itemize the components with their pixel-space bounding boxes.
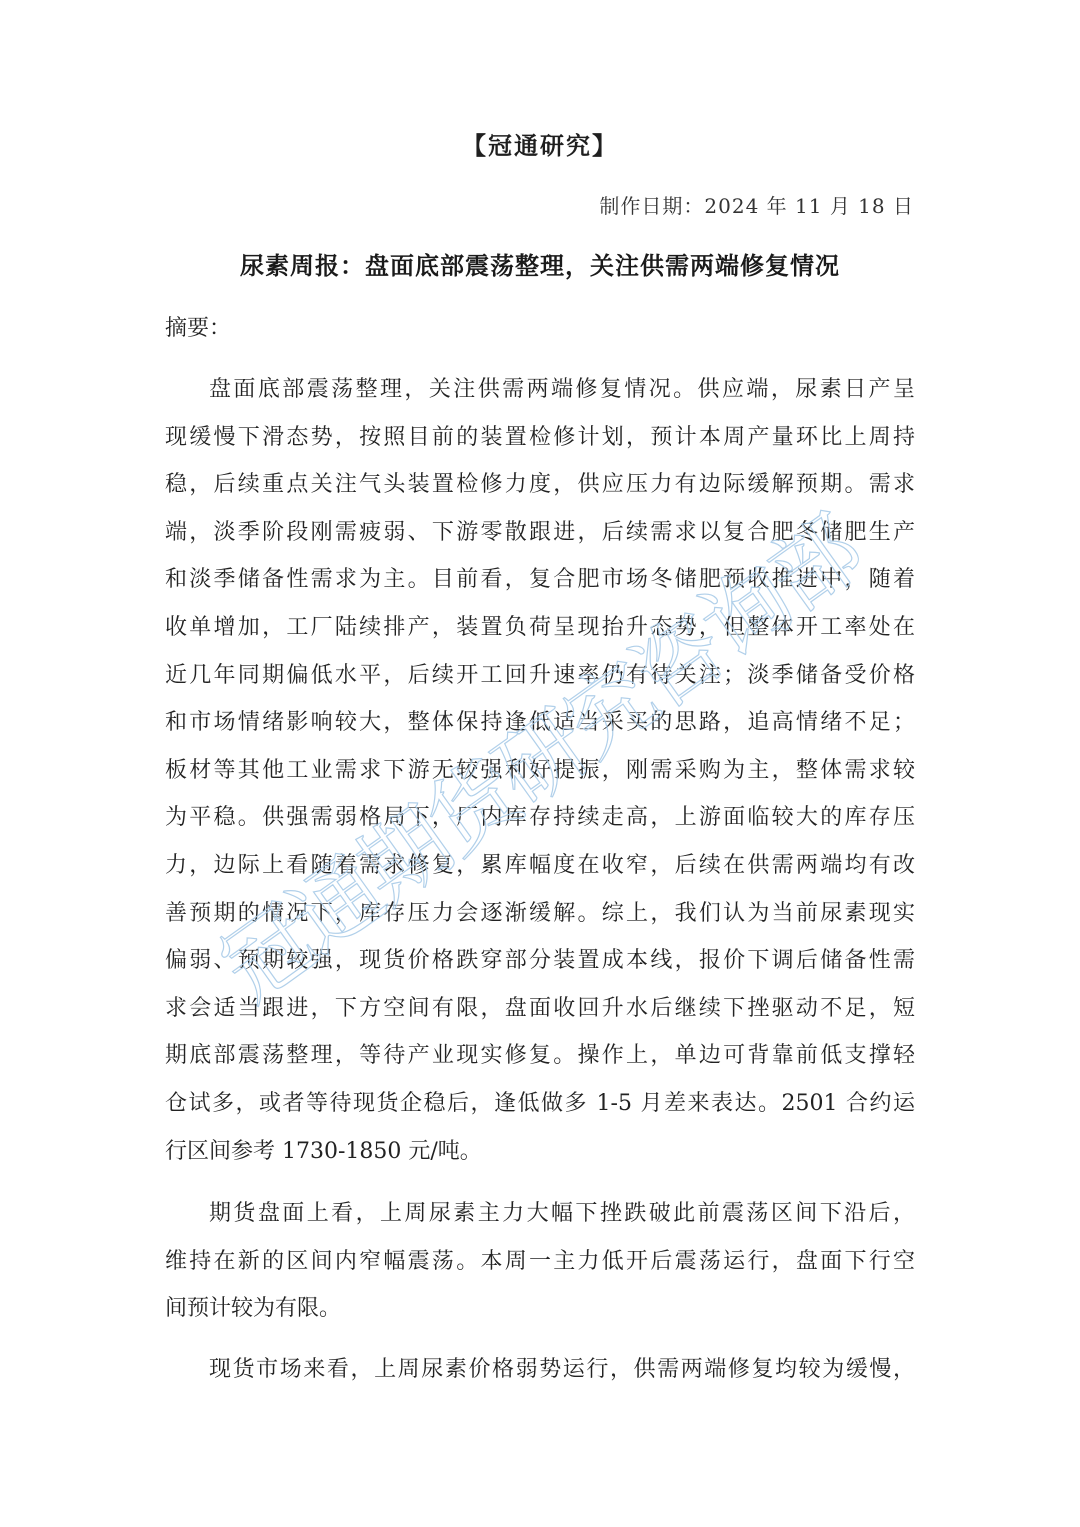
text-line: 板材等其他工业需求下游无较强利好提振，刚需采购为主，整体需求较 (165, 747, 915, 795)
abstract-label: 摘要： (165, 312, 231, 346)
text-line: 稳，后续重点关注气头装置检修力度，供应压力有边际缓解预期。需求 (165, 461, 915, 509)
text-line: 端，淡季阶段刚需疲弱、下游零散跟进，后续需求以复合肥冬储肥生产 (165, 509, 915, 557)
text-line: 现缓慢下滑态势，按照目前的装置检修计划，预计本周产量环比上周持 (165, 414, 915, 462)
text-line: 和淡季储备性需求为主。目前看，复合肥市场冬储肥预收推进中，随着 (165, 556, 915, 604)
brand-heading: 【冠通研究】 (0, 128, 1080, 164)
report-title: 尿素周报：盘面底部震荡整理，关注供需两端修复情况 (0, 248, 1080, 284)
text-line: 仓试多，或者等待现货企稳后，逢低做多 1-5 月差来表达。2501 合约运 (165, 1080, 915, 1128)
text-line: 力，边际上看随着需求修复，累库幅度在收窄，后续在供需两端均有改 (165, 842, 915, 890)
document-page: 【冠通研究】 制作日期：2024 年 11 月 18 日 尿素周报：盘面底部震荡… (0, 0, 1080, 1527)
text-line: 期货盘面上看，上周尿素主力大幅下挫跌破此前震荡区间下沿后， (165, 1190, 915, 1238)
text-line: 维持在新的区间内窄幅震荡。本周一主力低开后震荡运行，盘面下行空 (165, 1238, 915, 1286)
spot-market-paragraph: 现货市场来看，上周尿素价格弱势运行，供需两端修复均较为缓慢， (165, 1346, 915, 1394)
text-line: 善预期的情况下，库存压力会逐渐缓解。综上，我们认为当前尿素现实 (165, 890, 915, 938)
text-line: 和市场情绪影响较大，整体保持逢低适当采买的思路，追高情绪不足； (165, 699, 915, 747)
text-line: 收单增加，工厂陆续排产，装置负荷呈现抬升态势，但整体开工率处在 (165, 604, 915, 652)
text-line: 为平稳。供强需弱格局下，厂内库存持续走高，上游面临较大的库存压 (165, 794, 915, 842)
text-line: 现货市场来看，上周尿素价格弱势运行，供需两端修复均较为缓慢， (165, 1346, 915, 1394)
text-line: 偏弱、预期较强，现货价格跌穿部分装置成本线，报价下调后储备性需 (165, 937, 915, 985)
text-line: 求会适当跟进，下方空间有限，盘面收回升水后继续下挫驱动不足，短 (165, 985, 915, 1033)
text-line: 期底部震荡整理，等待产业现实修复。操作上，单边可背靠前低支撑轻 (165, 1032, 915, 1080)
text-line: 行区间参考 1730-1850 元/吨。 (165, 1128, 915, 1176)
text-line: 近几年同期偏低水平，后续开工回升速率仍有待关注；淡季储备受价格 (165, 652, 915, 700)
text-line: 间预计较为有限。 (165, 1285, 915, 1333)
abstract-paragraph: 盘面底部震荡整理，关注供需两端修复情况。供应端，尿素日产呈 现缓慢下滑态势，按照… (165, 366, 915, 1175)
futures-paragraph: 期货盘面上看，上周尿素主力大幅下挫跌破此前震荡区间下沿后， 维持在新的区间内窄幅… (165, 1190, 915, 1333)
text-line: 盘面底部震荡整理，关注供需两端修复情况。供应端，尿素日产呈 (165, 366, 915, 414)
report-date: 制作日期：2024 年 11 月 18 日 (599, 190, 914, 222)
